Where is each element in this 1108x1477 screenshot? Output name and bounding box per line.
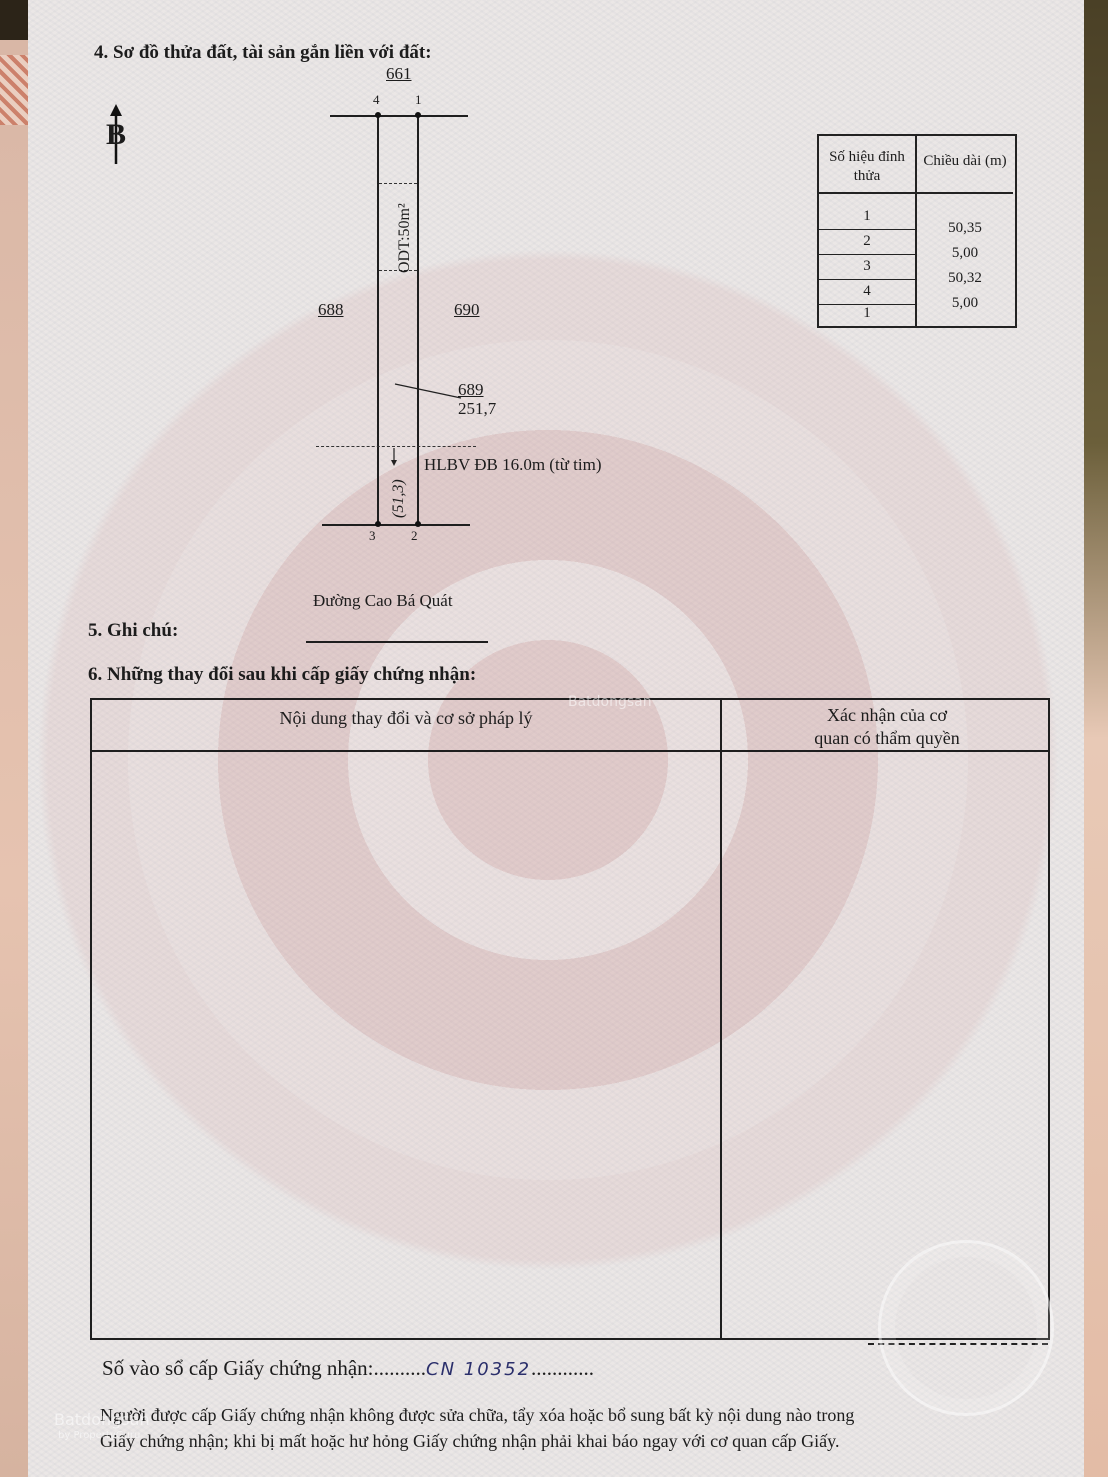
east-boundary-line [417,115,419,525]
length-cell: 5,00 [917,245,1013,262]
length-cell: 50,32 [917,270,1013,287]
watermark-corner-sub: by PropertyGuru [58,1430,140,1441]
west-boundary-line [377,115,379,525]
setback-arrow-icon [389,448,399,468]
changes-table-header-line [92,750,1048,752]
registry-label: Số vào sổ cấp Giấy chứng nhận: [102,1356,374,1380]
odt-zone-top [379,183,417,184]
notes-line [306,641,488,643]
section5-title: 5. Ghi chú: [88,620,178,642]
parcel-west-number: 688 [318,300,344,320]
vertex-cell: 4 [819,280,915,305]
watermark-center: Batdongsan [568,694,652,710]
land-use-label: ODT:50m² [396,203,414,273]
length-cell: 50,35 [917,220,1013,237]
embossed-seal [878,1240,1054,1416]
watermark-corner: Batdongsan [54,1410,150,1429]
vertex-column-header: Số hiệu đỉnh thửa [819,136,915,194]
certificate-page: 4. Sơ đồ thửa đất, tài sản gắn liền với … [28,0,1084,1477]
changes-confirmation-header: Xác nhận của cơ quan có thẩm quyền [722,704,1052,750]
vertex-label-4: 4 [373,92,380,108]
north-arrow-icon: B [104,104,128,164]
parcel-area: 251,7 [458,399,496,419]
vertex-length-table: Số hiệu đỉnh thửa Chiều dài (m) 1 2 3 4 … [817,134,1017,328]
vertex-cell: 3 [819,255,915,280]
notice-line-1: Người được cấp Giấy chứng nhận không đượ… [100,1405,854,1426]
confirmation-header-line2: quan có thẩm quyền [722,727,1052,750]
parcel-pointer-arrow [393,380,463,400]
length-column-header: Chiều dài (m) [917,136,1013,194]
vertex-label-2: 2 [411,528,418,544]
vertex-1 [415,112,421,118]
north-boundary-line [330,115,468,117]
vertex-4 [375,112,381,118]
north-label: B [106,118,126,152]
changes-table: Nội dung thay đổi và cơ sở pháp lý Xác n… [90,698,1050,1340]
registry-number-row: Số vào sổ cấp Giấy chứng nhận:..........… [102,1356,594,1381]
setback-length: (51,3) [390,479,408,518]
setback-line [316,446,476,447]
registry-dots-before: .......... [374,1356,427,1380]
vertex-cell: 2 [819,230,915,255]
section4-title: 4. Sơ đồ thửa đất, tài sản gắn liền với … [94,42,432,64]
parcel-number: 689 [458,380,484,400]
registry-number: CN 10352 [426,1359,531,1380]
parcel-north-number: 661 [386,64,412,84]
background-left-edge [0,0,30,1477]
parcel-east-number: 690 [454,300,480,320]
registry-dots-after: ............ [531,1356,594,1380]
vertex-cell: 1 [819,305,915,324]
vertex-label-3: 3 [369,528,376,544]
confirmation-header-line1: Xác nhận của cơ [722,704,1052,727]
section6-title: 6. Những thay đổi sau khi cấp giấy chứng… [88,664,476,686]
vertex-label-1: 1 [415,92,422,108]
vertex-2 [415,521,421,527]
length-cell: 5,00 [917,295,1013,312]
vertex-3 [375,521,381,527]
changes-table-divider [720,700,722,1338]
south-boundary-line [322,524,470,526]
road-name: Đường Cao Bá Quát [313,591,453,611]
vertex-cell: 1 [819,196,915,230]
changes-content-header: Nội dung thay đổi và cơ sở pháp lý [92,708,720,729]
setback-label: HLBV ĐB 16.0m (từ tim) [424,455,602,475]
notice-line-2: Giấy chứng nhận; khi bị mất hoặc hư hỏng… [100,1431,839,1452]
